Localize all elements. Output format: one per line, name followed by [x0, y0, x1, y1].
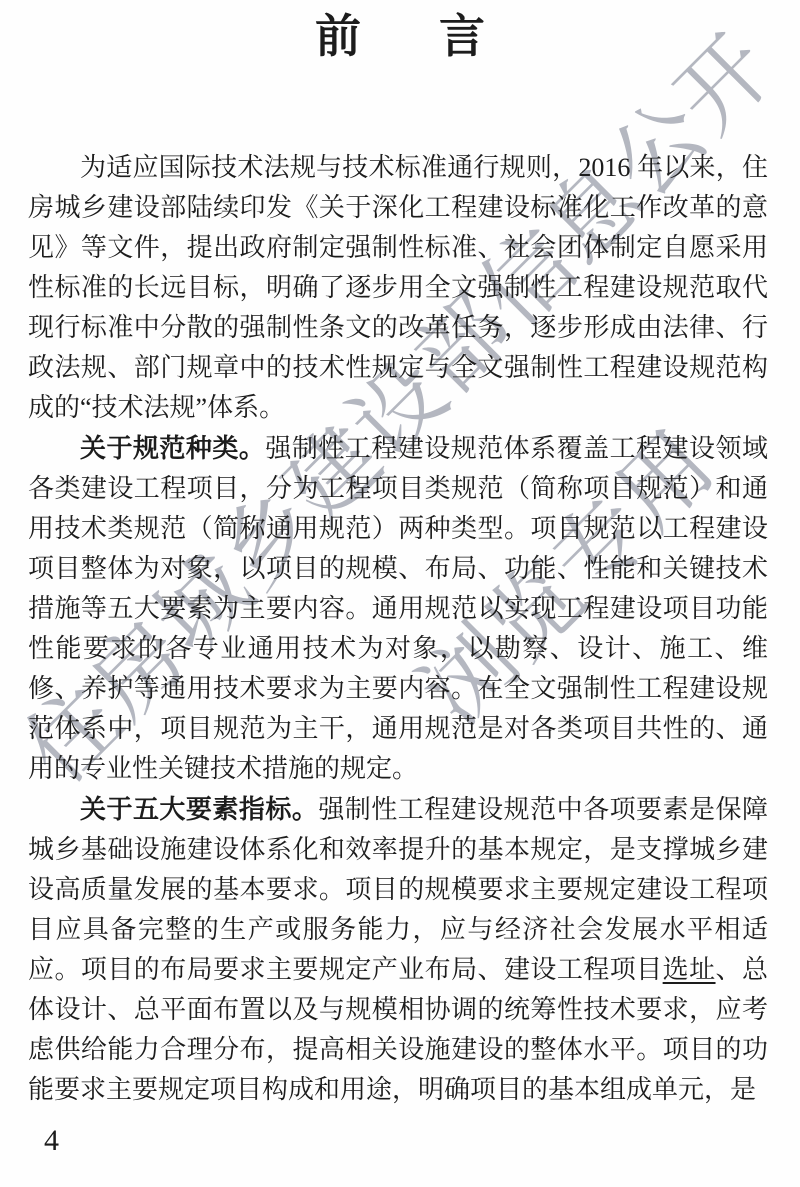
body-text: 为适应国际技术法规与技术标准通行规则，2016 年以来，住房城乡建设部陆续印发《…	[28, 148, 768, 1110]
page-title-char-2: 言	[439, 12, 485, 63]
page-number: 4	[44, 1126, 59, 1156]
paragraph: 关于规范种类。强制性工程建设规范体系覆盖工程建设领域各类建设工程项目，分为工程项…	[28, 428, 768, 789]
paragraph-lead: 关于五大要素指标。	[80, 794, 318, 824]
paragraph-text: 选址	[663, 955, 716, 984]
paragraph: 关于五大要素指标。强制性工程建设规范中各项要素是保障城乡基础设施建设体系化和效率…	[28, 789, 768, 1110]
paragraph: 为适应国际技术法规与技术标准通行规则，2016 年以来，住房城乡建设部陆续印发《…	[28, 148, 768, 428]
page-title: 前 言	[0, 12, 800, 63]
paragraph-lead: 关于规范种类。	[80, 433, 265, 463]
paragraph-text: 强制性工程建设规范体系覆盖工程建设领域各类建设工程项目，分为工程项目类规范（简称…	[28, 434, 768, 783]
document-page: 住房城乡建设部信息公开 浏览专用 前 言 为适应国际技术法规与技术标准通行规则，…	[0, 0, 800, 1187]
paragraph-text: 为适应国际技术法规与技术标准通行规则，2016 年以来，住房城乡建设部陆续印发《…	[28, 153, 768, 422]
page-title-char-1: 前	[315, 12, 361, 63]
